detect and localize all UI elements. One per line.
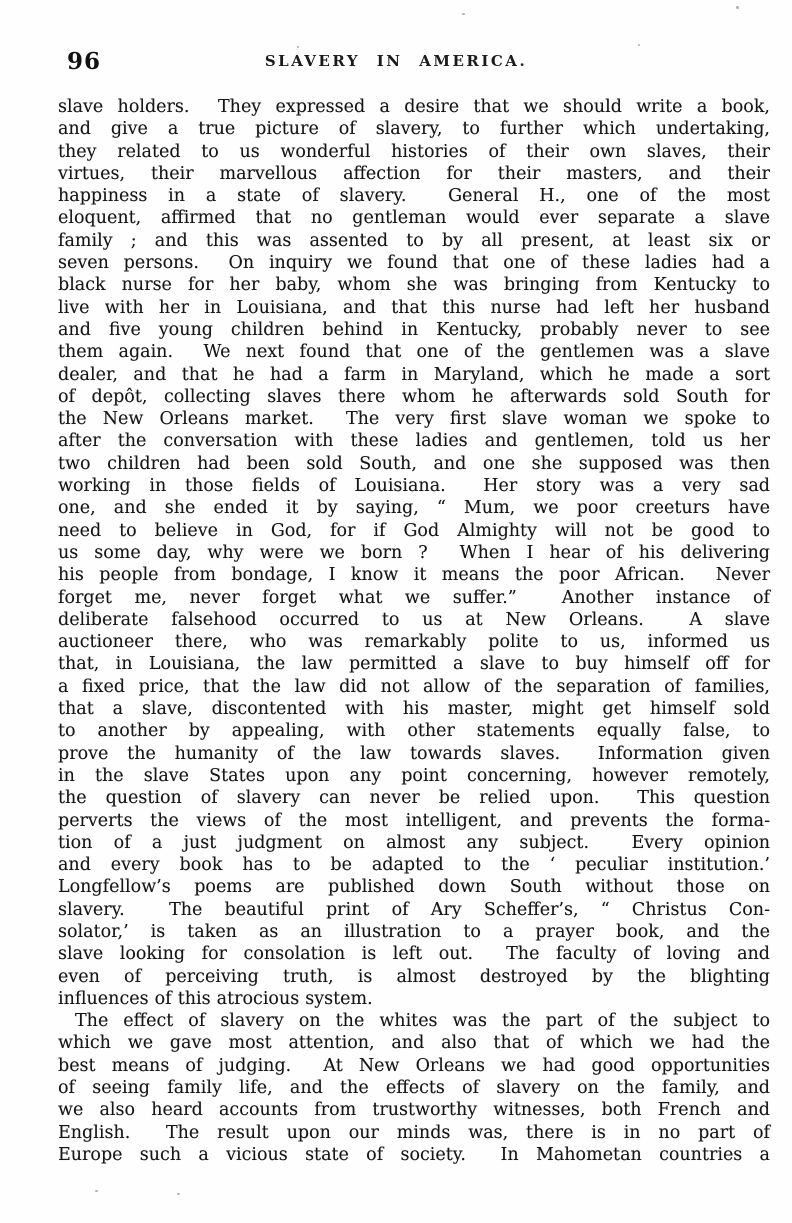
text-line: to another by appealing, with other stat…	[58, 720, 770, 742]
book-page-scan: 96 SLAVERY IN AMERICA. slave holders. Th…	[0, 0, 792, 1223]
text-line: they related to us wonderful histories o…	[58, 141, 770, 163]
text-line: black nurse for her baby, whom she was b…	[58, 274, 770, 296]
text-line: English. The result upon our minds was, …	[58, 1122, 770, 1144]
text-line: slave holders. They expressed a desire t…	[58, 96, 770, 118]
text-line: seven persons. On inquiry we found that …	[58, 252, 770, 274]
text-line: and give a true picture of slavery, to f…	[58, 118, 770, 140]
running-header-title: SLAVERY IN AMERICA.	[0, 52, 792, 70]
paragraph: slave holders. They expressed a desire t…	[58, 96, 770, 1010]
text-line: two children had been sold South, and on…	[58, 453, 770, 475]
page-body: slave holders. They expressed a desire t…	[58, 96, 770, 1166]
text-line: happiness in a state of slavery. General…	[58, 185, 770, 207]
text-line: virtues, their marvellous affection for …	[58, 163, 770, 185]
text-line: eloquent, affirmed that no gentleman wou…	[58, 207, 770, 229]
text-line: Longfellow’s poems are published down So…	[58, 876, 770, 898]
scan-speck	[95, 1190, 98, 1192]
text-line: influences of this atrocious system.	[58, 988, 770, 1010]
scan-speck	[638, 44, 640, 46]
text-line: tion of a just judgment on almost any su…	[58, 832, 770, 854]
text-line: even of perceiving truth, is almost dest…	[58, 966, 770, 988]
text-line: forget me, never forget what we suffer.”…	[58, 587, 770, 609]
text-line: and five young children behind in Kentuc…	[58, 319, 770, 341]
scan-speck	[297, 46, 299, 48]
text-line: which we gave most attention, and also t…	[58, 1032, 770, 1054]
text-line: slavery. The beautiful print of Ary Sche…	[58, 899, 770, 921]
text-line: of seeing family life, and the effects o…	[58, 1077, 770, 1099]
text-line: deliberate falsehood occurred to us at N…	[58, 609, 770, 631]
text-line: a fixed price, that the law did not allo…	[58, 676, 770, 698]
text-line: we also heard accounts from trustworthy …	[58, 1099, 770, 1121]
scan-speck	[177, 1193, 180, 1195]
text-line: best means of judging. At New Orleans we…	[58, 1055, 770, 1077]
scan-speck	[462, 13, 465, 15]
text-line: and every book has to be adapted to the …	[58, 854, 770, 876]
text-line: prove the humanity of the law towards sl…	[58, 743, 770, 765]
text-line: working in those fields of Louisiana. He…	[58, 475, 770, 497]
text-line: auctioneer there, who was remarkably pol…	[58, 631, 770, 653]
text-line: perverts the views of the most intellige…	[58, 810, 770, 832]
text-line: his people from bondage, I know it means…	[58, 564, 770, 586]
paragraph: The effect of slavery on the whites was …	[58, 1010, 770, 1166]
text-line: The effect of slavery on the whites was …	[58, 1010, 770, 1032]
text-line: us some day, why were we born ? When I h…	[58, 542, 770, 564]
page-header: 96 SLAVERY IN AMERICA.	[0, 48, 792, 76]
text-line: one, and she ended it by saying, “ Mum, …	[58, 497, 770, 519]
scan-speck	[736, 6, 739, 9]
text-line: need to believe in God, for if God Almig…	[58, 520, 770, 542]
text-line: family ; and this was assented to by all…	[58, 230, 770, 252]
text-line: after the conversation with these ladies…	[58, 430, 770, 452]
text-line: dealer, and that he had a farm in Maryla…	[58, 364, 770, 386]
text-line: live with her in Louisiana, and that thi…	[58, 297, 770, 319]
text-line: that a slave, discontented with his mast…	[58, 698, 770, 720]
text-line: them again. We next found that one of th…	[58, 341, 770, 363]
text-line: Europe such a vicious state of society. …	[58, 1144, 770, 1166]
text-line: in the slave States upon any point conce…	[58, 765, 770, 787]
text-line: the question of slavery can never be rel…	[58, 787, 770, 809]
text-line: solator,’ is taken as an illustration to…	[58, 921, 770, 943]
text-line: of depôt, collecting slaves there whom h…	[58, 386, 770, 408]
text-line: the New Orleans market. The very first s…	[58, 408, 770, 430]
text-line: that, in Louisiana, the law permitted a …	[58, 653, 770, 675]
text-line: slave looking for consolation is left ou…	[58, 943, 770, 965]
